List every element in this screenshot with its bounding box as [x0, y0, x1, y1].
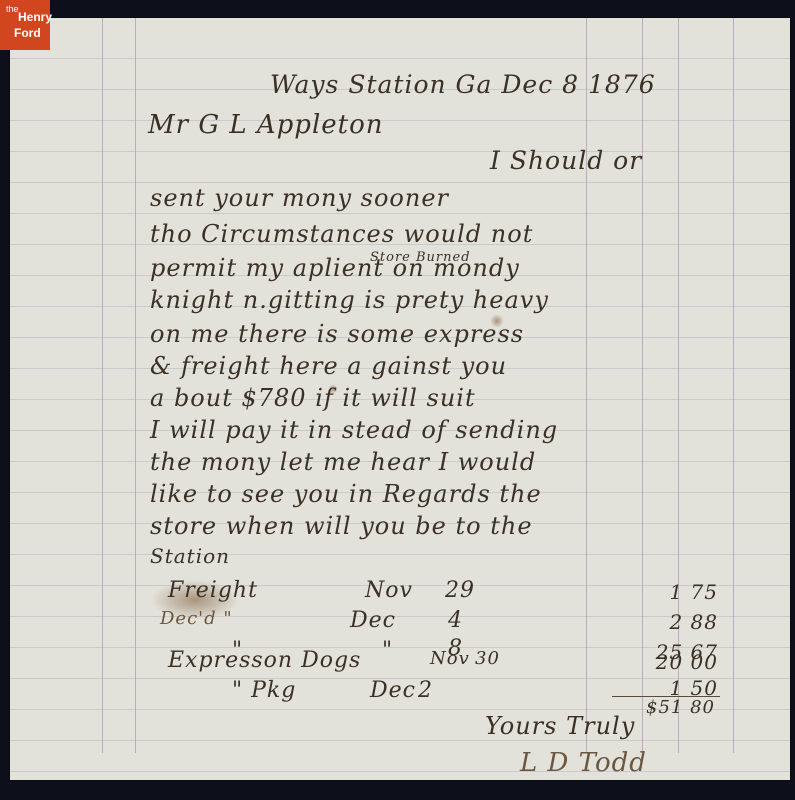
salutation: Mr G L Appleton [148, 110, 384, 140]
ledger-item: Freight [168, 578, 258, 603]
ledger-amount: 2 88 [628, 610, 718, 634]
ledger-day: 29 [445, 578, 475, 603]
ledger-day: 2 [418, 678, 433, 703]
ledger-day: 30 [475, 648, 500, 669]
body-line: on me there is some express [150, 320, 524, 348]
ledger-month: Nov [365, 578, 413, 603]
margin-rule [135, 18, 136, 753]
ledger-amount: 20 00 [628, 650, 718, 674]
logo-text: the [6, 5, 19, 14]
ledger-day: 4 [448, 608, 463, 633]
ledger-month: " [382, 638, 393, 663]
valediction: Yours Truly [485, 712, 635, 740]
ledger-month: Dec [370, 678, 416, 703]
logo-text: Ford [14, 27, 41, 39]
body-line: store when will you be to the [150, 512, 533, 540]
margin-rule [102, 18, 103, 753]
body-line: I will pay it in stead of sending [150, 416, 558, 444]
column-rule [733, 18, 734, 753]
body-line: Station [150, 544, 230, 568]
signature: L D Todd [520, 748, 647, 778]
body-line: sent your mony sooner [150, 184, 449, 212]
logo-text: Henry [18, 11, 52, 23]
body-line: & freight here a gainst you [150, 352, 507, 380]
ledger-month: Nov [430, 648, 470, 669]
interlinear-note: Store Burned [370, 250, 471, 265]
dateline: Ways Station Ga Dec 8 1876 [270, 70, 656, 99]
body-line: knight n.gitting is prety heavy [150, 286, 549, 314]
ledger-month: Dec [350, 608, 396, 633]
henry-ford-logo: the Henry Ford [0, 0, 50, 50]
body-line: like to see you in Regards the [150, 480, 542, 508]
body-line: tho Circumstances would not [150, 220, 533, 248]
body-line: a bout $780 if it will suit [150, 384, 476, 412]
column-rule [586, 18, 587, 753]
body-line: I Should or [490, 146, 642, 175]
ledger-item: Dec'd " [160, 608, 233, 629]
ledger-amount: 1 75 [628, 580, 718, 604]
ledger-item: Expresson Dogs [168, 648, 361, 673]
ledger-item: " Pkg [232, 678, 296, 703]
body-line: the mony let me hear I would [150, 448, 536, 476]
